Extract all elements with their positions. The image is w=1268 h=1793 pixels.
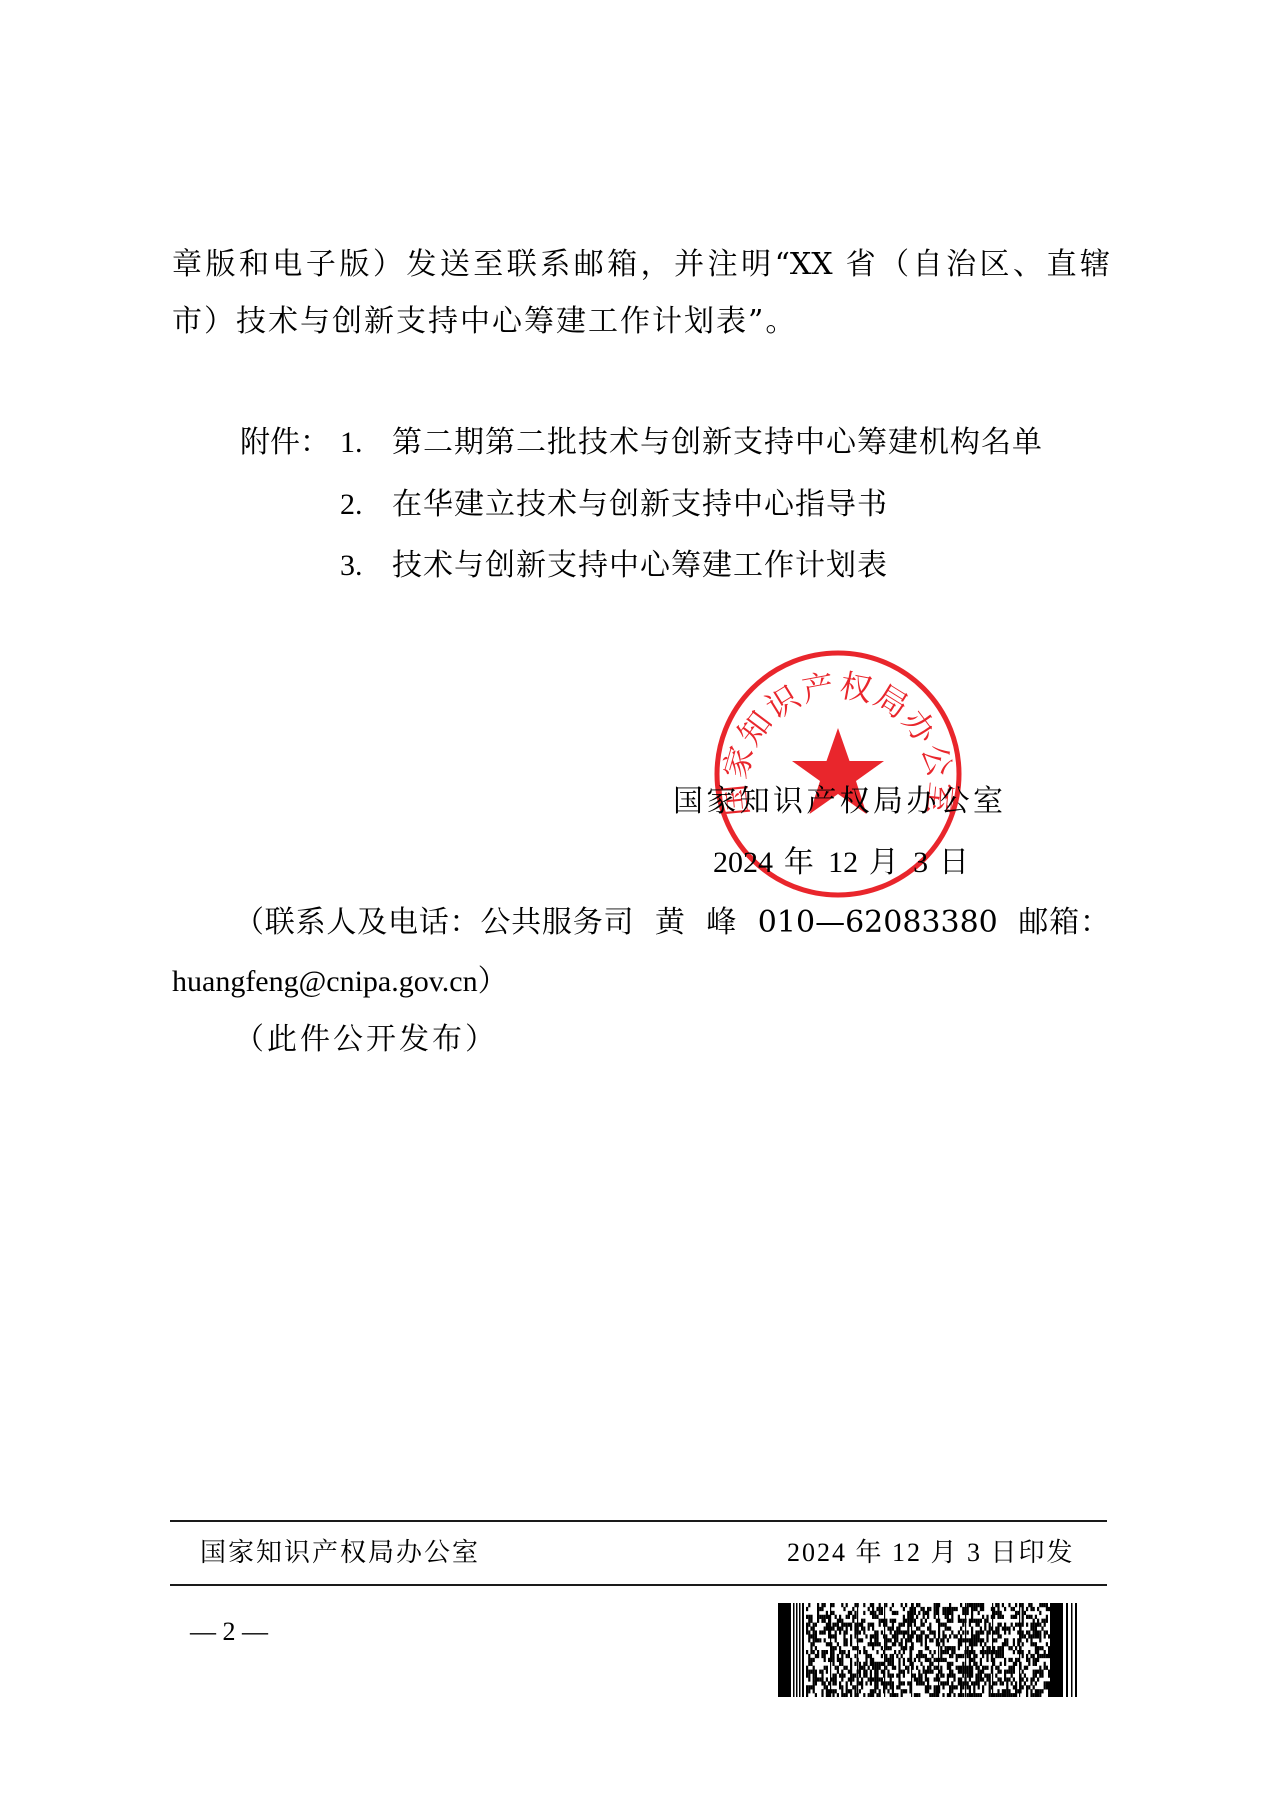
attachment-number: 2.	[340, 485, 363, 525]
pdf417-barcode-icon	[778, 1603, 1080, 1697]
footer-issue-date: 2024 年 12 月 3 日印发	[787, 1536, 1075, 1570]
attachment-item: 技术与创新支持中心筹建工作计划表	[392, 546, 888, 586]
paragraph-line-1: 章版和电子版）发送至联系邮箱，并注明“XX 省（自治区、直辖	[172, 245, 1110, 285]
attachment-number: 3.	[340, 546, 363, 586]
publication-note: （此件公开发布）	[234, 1020, 498, 1060]
page-number: — 2 —	[190, 1615, 268, 1649]
contact-email: huangfeng@cnipa.gov.cn）	[172, 962, 508, 1002]
footer-issuer: 国家知识产权局办公室	[200, 1536, 480, 1570]
contact-line-1: （联系人及电话：公共服务司 黄 峰 010—62083380 邮箱：	[234, 903, 1110, 943]
footer-top-rule	[170, 1520, 1107, 1522]
attachment-item: 在华建立技术与创新支持中心指导书	[392, 485, 888, 525]
attachment-number: 1.	[340, 423, 363, 463]
footer-bottom-rule	[170, 1584, 1107, 1586]
attachments-label: 附件：	[240, 423, 330, 463]
signature-issuer: 国家知识产权局办公室	[673, 782, 1003, 822]
paragraph-line-2: 市）技术与创新支持中心筹建工作计划表”。	[172, 302, 797, 342]
signature-date: 2024 年 12 月 3 日	[713, 843, 969, 883]
attachment-item: 第二期第二批技术与创新支持中心筹建机构名单	[392, 423, 1043, 463]
